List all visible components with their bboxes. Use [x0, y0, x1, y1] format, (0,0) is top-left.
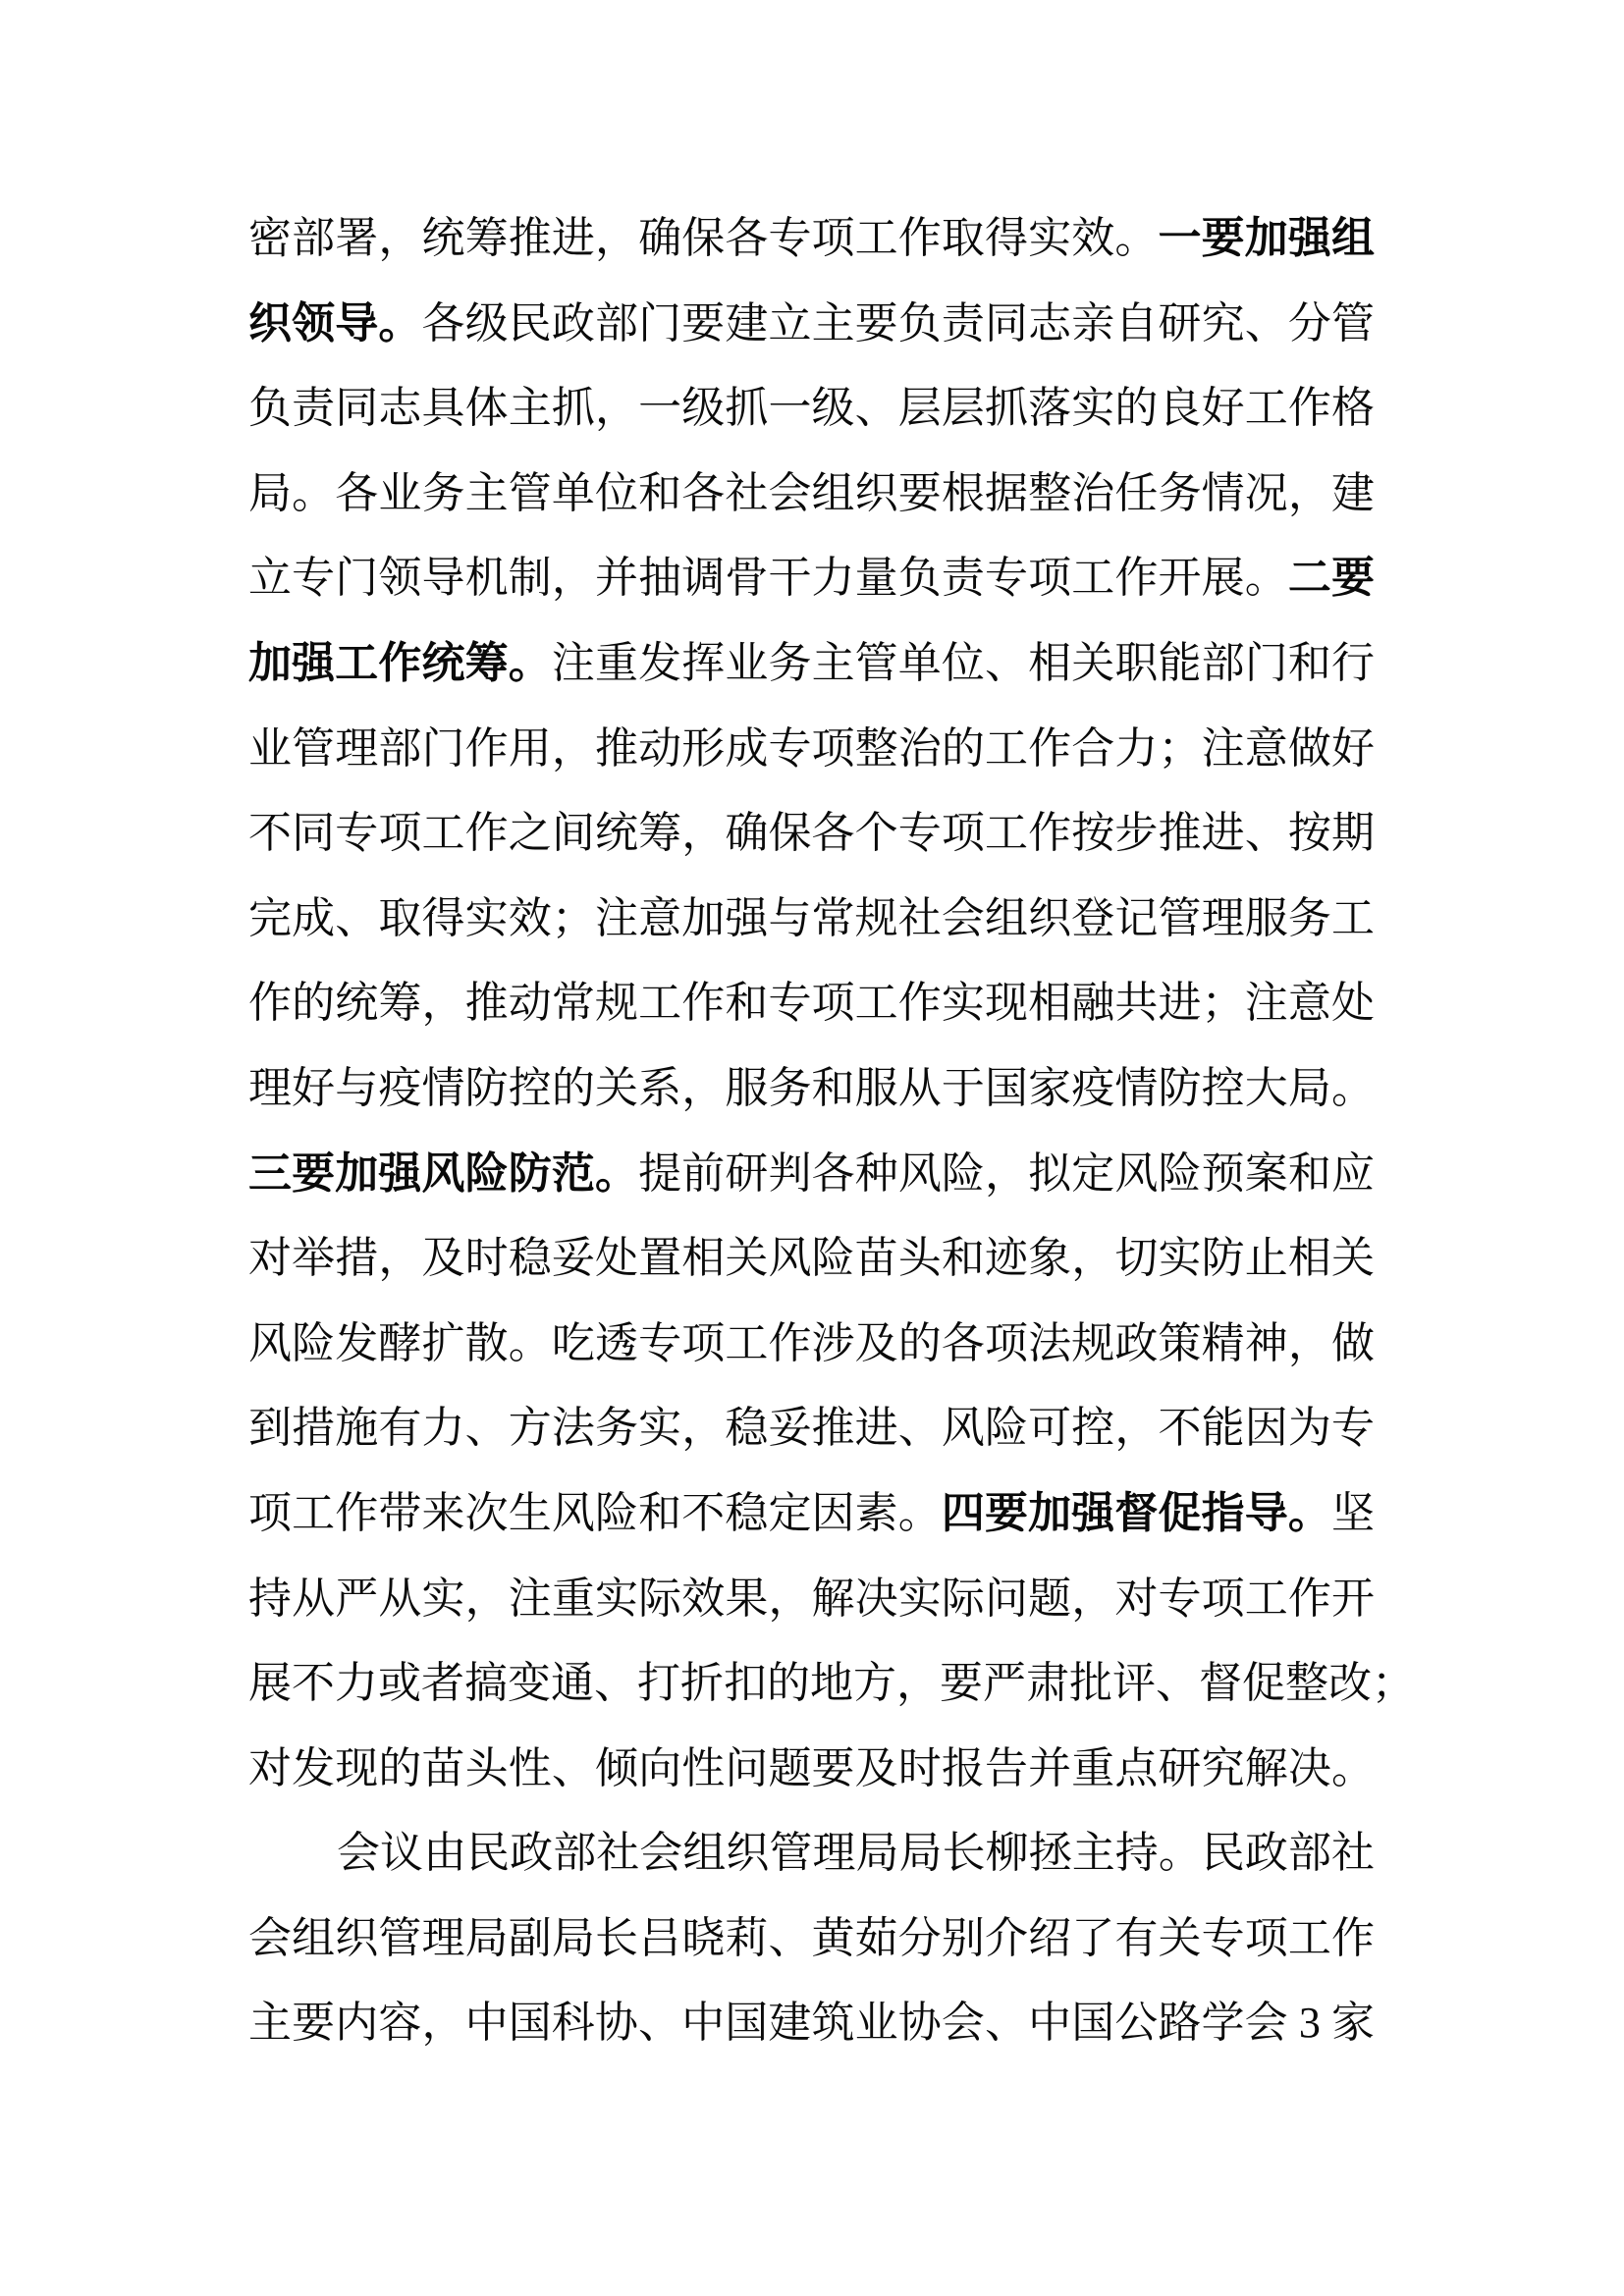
text-line: 会议由民政部社会组织管理局局长柳拯主持。民政部社 [248, 1811, 1375, 1896]
text-run: 到措施有力、方法务实，稳妥推进、风险可控，不能因为专 [248, 1404, 1375, 1452]
bold-heading-run: 加强工作统筹。 [248, 639, 552, 687]
text-run: 项工作带来次生风险和不稳定因素。 [248, 1489, 942, 1537]
text-line: 对发现的苗头性、倾向性问题要及时报告并重点研究解决。 [248, 1727, 1375, 1812]
text-run: 提前研判各种风险，拟定风险预案和应 [638, 1149, 1375, 1198]
text-run: 注重发挥业务主管单位、相关职能部门和行 [552, 639, 1375, 687]
text-line: 到措施有力、方法务实，稳妥推进、风险可控，不能因为专 [248, 1386, 1375, 1471]
text-run: 作的统筹，推动常规工作和专项工作实现相融共进；注意处 [248, 979, 1375, 1027]
text-line: 理好与疫情防控的关系，服务和服从于国家疫情防控大局。 [248, 1046, 1375, 1132]
text-line: 三要加强风险防范。提前研判各种风险，拟定风险预案和应 [248, 1132, 1375, 1217]
text-run: 业管理部门作用，推动形成专项整治的工作合力；注意做好 [248, 724, 1375, 773]
text-line: 局。各业务主管单位和各社会组织要根据整治任务情况，建 [248, 452, 1375, 537]
document-page: 密部署，统筹推进，确保各专项工作取得实效。一要加强组织领导。各级民政部门要建立主… [0, 0, 1624, 2296]
text-line: 立专门领导机制，并抽调骨干力量负责专项工作开展。二要 [248, 536, 1375, 621]
text-run: 会组织管理局副局长吕晓莉、黄茹分别介绍了有关专项工作 [248, 1914, 1375, 1962]
text-run: 负责同志具体主抓，一级抓一级、层层抓落实的良好工作格 [248, 384, 1375, 432]
text-line: 风险发酵扩散。吃透专项工作涉及的各项法规政策精神，做 [248, 1302, 1375, 1387]
text-run: 展不力或者搞变通、打折扣的地方，要严肃批评、督促整改； [248, 1659, 1415, 1707]
text-run: 密部署，统筹推进，确保各专项工作取得实效。 [248, 214, 1159, 262]
text-line: 业管理部门作用，推动形成专项整治的工作合力；注意做好 [248, 707, 1375, 792]
bold-heading-run: 四要加强督促指导。 [942, 1489, 1331, 1537]
text-line: 织领导。各级民政部门要建立主要负责同志亲自研究、分管 [248, 282, 1375, 367]
text-run: 会议由民政部社会组织管理局局长柳拯主持。民政部社 [337, 1829, 1375, 1877]
text-run: 完成、取得实效；注意加强与常规社会组织登记管理服务工 [248, 894, 1375, 942]
text-line: 密部署，统筹推进，确保各专项工作取得实效。一要加强组 [248, 196, 1375, 282]
text-line: 作的统筹，推动常规工作和专项工作实现相融共进；注意处 [248, 961, 1375, 1046]
bold-heading-run: 一要加强组 [1159, 214, 1375, 262]
text-line: 负责同志具体主抓，一级抓一级、层层抓落实的良好工作格 [248, 366, 1375, 452]
text-line: 展不力或者搞变通、打折扣的地方，要严肃批评、督促整改； [248, 1641, 1375, 1727]
text-line: 项工作带来次生风险和不稳定因素。四要加强督促指导。坚 [248, 1471, 1375, 1557]
text-run: 对举措，及时稳妥处置相关风险苗头和迹象，切实防止相关 [248, 1234, 1375, 1282]
text-line: 主要内容，中国科协、中国建筑业协会、中国公路学会 3 家 [248, 1981, 1375, 2066]
bold-heading-run: 三要加强风险防范。 [248, 1149, 638, 1198]
text-line: 不同专项工作之间统筹，确保各个专项工作按步推进、按期 [248, 791, 1375, 877]
text-run: 坚 [1331, 1489, 1375, 1537]
text-line: 加强工作统筹。注重发挥业务主管单位、相关职能部门和行 [248, 621, 1375, 707]
text-run: 各级民政部门要建立主要负责同志亲自研究、分管 [421, 299, 1375, 347]
text-run: 持从严从实，注重实际效果，解决实际问题，对专项工作开 [248, 1575, 1375, 1623]
text-line: 对举措，及时稳妥处置相关风险苗头和迹象，切实防止相关 [248, 1216, 1375, 1302]
bold-heading-run: 织领导。 [248, 299, 421, 347]
text-run: 对发现的苗头性、倾向性问题要及时报告并重点研究解决。 [248, 1744, 1375, 1792]
text-run: 风险发酵扩散。吃透专项工作涉及的各项法规政策精神，做 [248, 1319, 1375, 1367]
text-line: 会组织管理局副局长吕晓莉、黄茹分别介绍了有关专项工作 [248, 1896, 1375, 1982]
text-run: 立专门领导机制，并抽调骨干力量负责专项工作开展。 [248, 554, 1288, 602]
text-run: 不同专项工作之间统筹，确保各个专项工作按步推进、按期 [248, 809, 1375, 857]
text-run: 局。各业务主管单位和各社会组织要根据整治任务情况，建 [248, 469, 1375, 517]
text-line: 完成、取得实效；注意加强与常规社会组织登记管理服务工 [248, 877, 1375, 962]
text-line: 持从严从实，注重实际效果，解决实际问题，对专项工作开 [248, 1557, 1375, 1642]
bold-heading-run: 二要 [1288, 554, 1375, 602]
text-run: 理好与疫情防控的关系，服务和服从于国家疫情防控大局。 [248, 1064, 1375, 1112]
text-run: 主要内容，中国科协、中国建筑业协会、中国公路学会 3 家 [248, 1999, 1375, 2047]
document-body: 密部署，统筹推进，确保各专项工作取得实效。一要加强组织领导。各级民政部门要建立主… [248, 196, 1375, 2066]
